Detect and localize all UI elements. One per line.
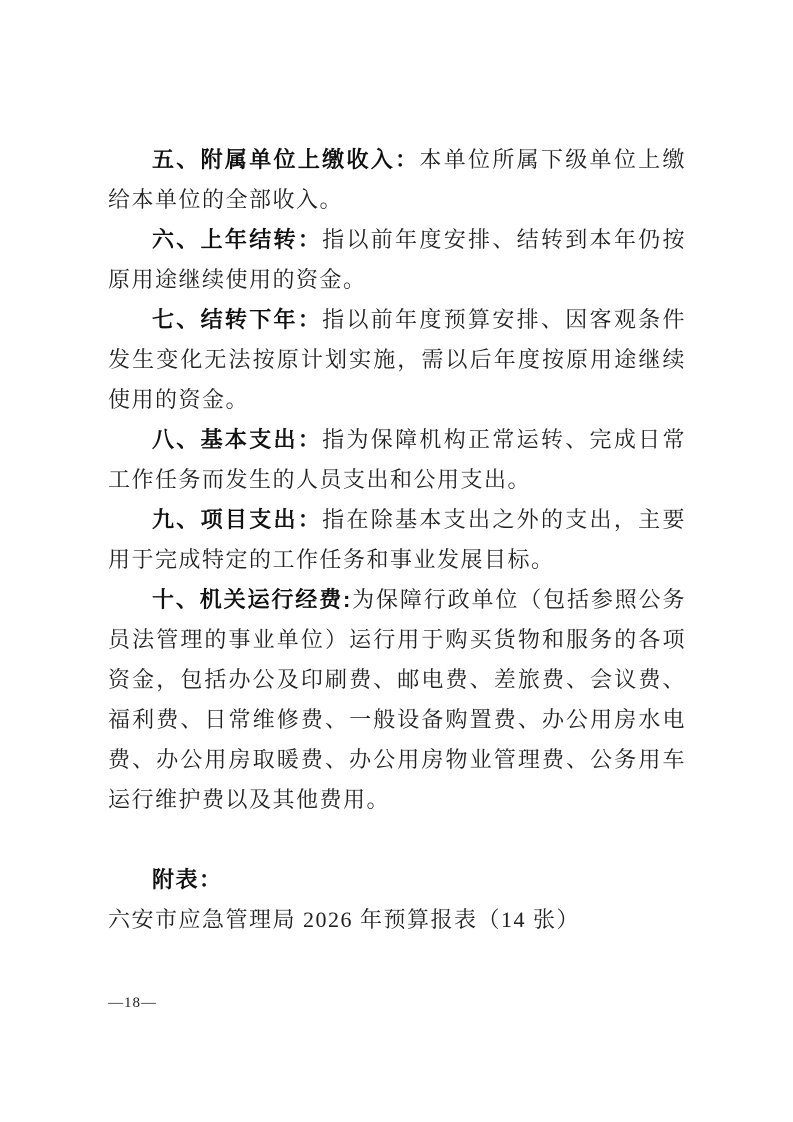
term-label: 七、结转下年： (152, 307, 322, 332)
definition-paragraph: 八、基本支出：指为保障机构正常运转、完成日常工作任务而发生的人员支出和公用支出。 (108, 420, 686, 500)
term-label: 五、附属单位上缴收入： (152, 147, 419, 172)
appendix-text: 六安市应急管理局 2026 年预算报表（14 张） (108, 907, 580, 932)
document-body: 五、附属单位上缴收入：本单位所属下级单位上缴给本单位的全部收入。 六、上年结转：… (108, 140, 686, 940)
definition-paragraph: 七、结转下年：指以前年度预算安排、因客观条件发生变化无法按原计划实施，需以后年度… (108, 300, 686, 420)
document-page: 五、附属单位上缴收入：本单位所属下级单位上缴给本单位的全部收入。 六、上年结转：… (0, 0, 793, 1122)
definition-paragraph: 九、项目支出：指在除基本支出之外的支出，主要用于完成特定的工作任务和事业发展目标… (108, 500, 686, 580)
page-number: —18— (108, 995, 157, 1012)
term-definition: 为保障行政单位（包括参照公务员法管理的事业单位）运行用于购买货物和服务的各项资金… (108, 587, 686, 812)
term-label: 九、项目支出： (152, 507, 322, 532)
term-label: 十、机关运行经费: (152, 587, 352, 612)
definition-paragraph: 六、上年结转：指以前年度安排、结转到本年仍按原用途继续使用的资金。 (108, 220, 686, 300)
definition-paragraph: 五、附属单位上缴收入：本单位所属下级单位上缴给本单位的全部收入。 (108, 140, 686, 220)
term-label: 八、基本支出： (152, 427, 322, 452)
appendix-line: 附表：六安市应急管理局 2026 年预算报表（14 张） (108, 860, 686, 940)
definition-paragraph: 十、机关运行经费:为保障行政单位（包括参照公务员法管理的事业单位）运行用于购买货… (108, 580, 686, 820)
term-label: 六、上年结转： (152, 227, 322, 252)
appendix-label: 附表： (152, 867, 223, 892)
